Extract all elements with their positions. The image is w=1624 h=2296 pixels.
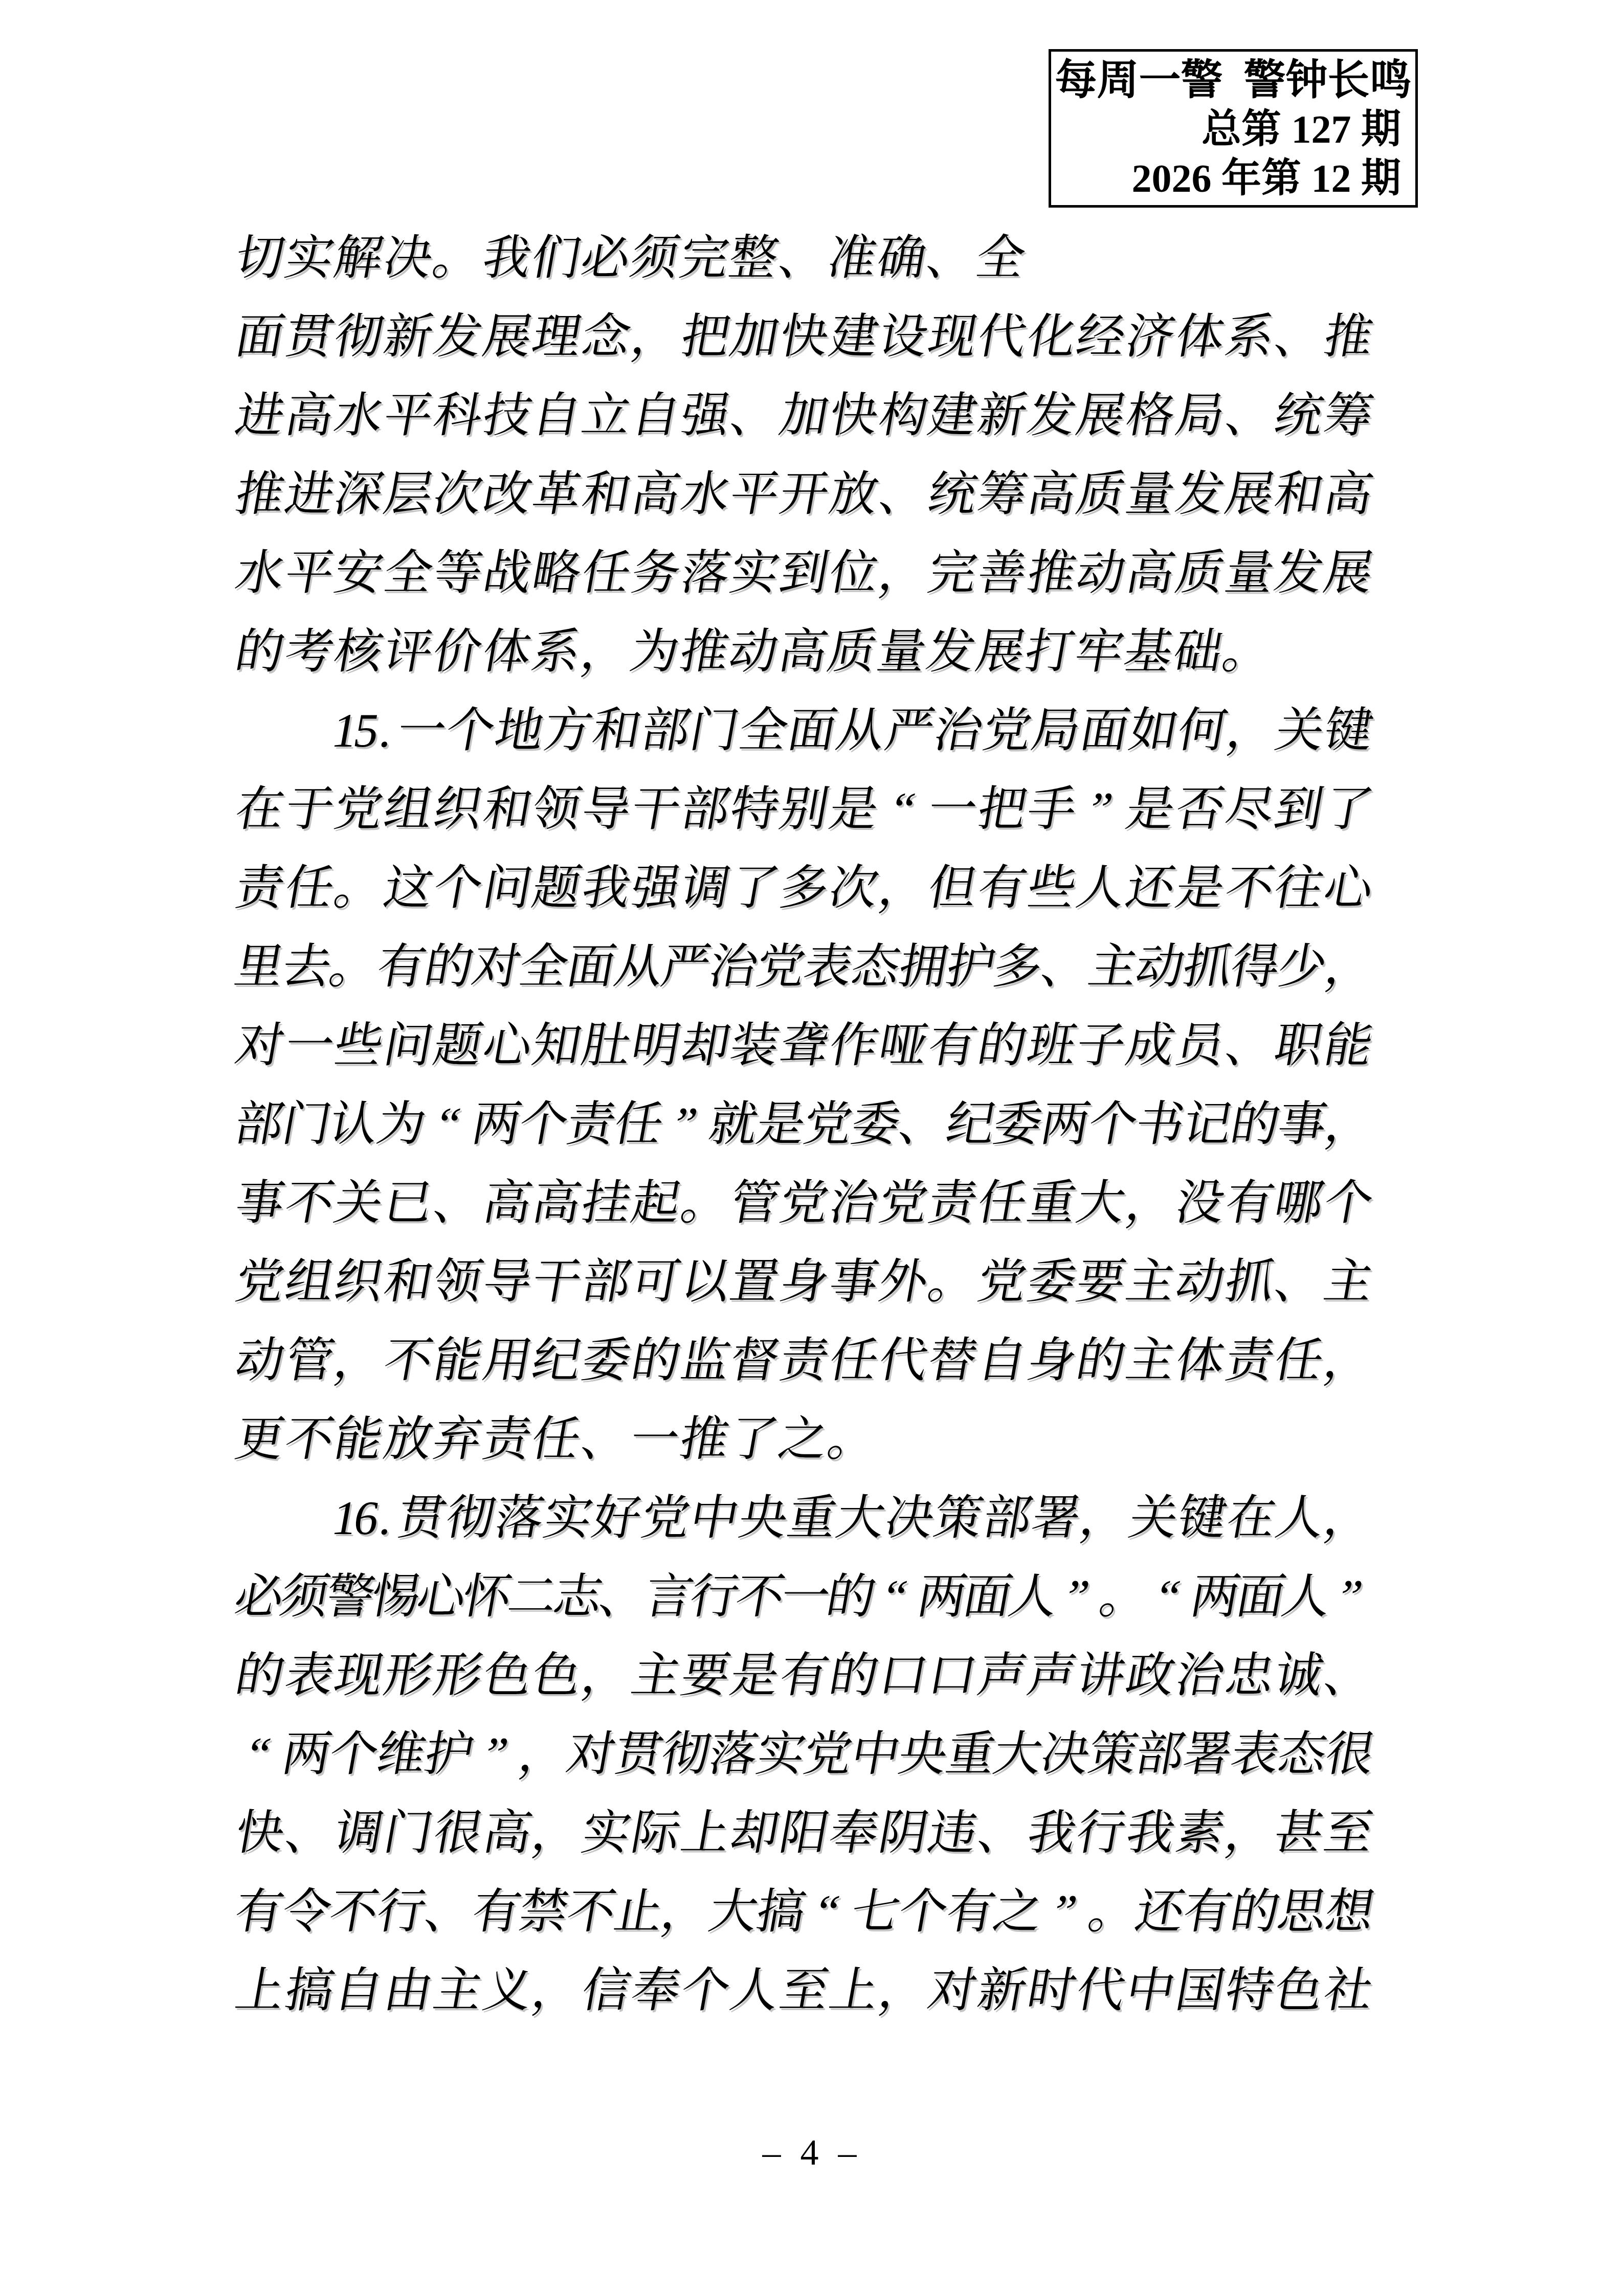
text-line: 责任。这个问题我强调了多次，但有些人还是不往心 bbox=[235, 849, 1373, 928]
header-title: 每周一警 警钟长鸣 bbox=[1051, 56, 1415, 105]
text-line: 必须警惕心怀二志、言行不一的“两面人”。“两面人” bbox=[235, 1558, 1373, 1636]
page-number: – 4 – bbox=[0, 2131, 1624, 2174]
text-line: 对一些问题心知肚明却装聋作哑有的班子成员、职能 bbox=[235, 1006, 1373, 1085]
text-line: 在于党组织和领导干部特别是“一把手”是否尽到了 bbox=[235, 770, 1373, 849]
text-line: 水平安全等战略任务落实到位，完善推动高质量发展 bbox=[235, 534, 1373, 613]
text-line: 16.贯彻落实好党中央重大决策部署，关键在人， bbox=[235, 1479, 1373, 1558]
text-line: 里去。有的对全面从严治党表态拥护多、主动抓得少， bbox=[235, 928, 1373, 1006]
text-line: 进高水平科技自立自强、加快构建新发展格局、统筹 bbox=[235, 376, 1373, 455]
text-line: 事不关已、高高挂起。管党治党责任重大，没有哪个 bbox=[235, 1164, 1373, 1243]
text-line: 党组织和领导干部可以置身事外。党委要主动抓、主 bbox=[235, 1243, 1373, 1321]
text-line: 快、调门很高，实际上却阳奉阴违、我行我素，甚至 bbox=[235, 1794, 1373, 1873]
text-line: 的表现形形色色，主要是有的口口声声讲政治忠诚、 bbox=[235, 1636, 1373, 1715]
text-line: 有令不行、有禁不止，大搞“七个有之”。还有的思想 bbox=[235, 1873, 1373, 1951]
indent-space bbox=[228, 691, 340, 770]
body-text: 切实解决。我们必须完整、准确、全面贯彻新发展理念，把加快建设现代化经济体系、推进… bbox=[235, 219, 1373, 2030]
text-line: “两个维护”，对贯彻落实党中央重大决策部署表态很 bbox=[235, 1715, 1373, 1794]
text-line: 15.一个地方和部门全面从严治党局面如何，关键 bbox=[235, 691, 1373, 770]
header-box: 每周一警 警钟长鸣 总第 127 期 2026 年第 12 期 bbox=[1049, 49, 1418, 208]
header-issue-total: 总第 127 期 bbox=[1051, 105, 1415, 154]
header-issue-year: 2026 年第 12 期 bbox=[1051, 154, 1415, 203]
text-line: 切实解决。我们必须完整、准确、全 bbox=[235, 219, 1373, 298]
text-line: 上搞自由主义，信奉个人至上，对新时代中国特色社 bbox=[235, 1951, 1373, 2030]
text-line: 推进深层次改革和高水平开放、统筹高质量发展和高 bbox=[235, 455, 1373, 534]
page: 每周一警 警钟长鸣 总第 127 期 2026 年第 12 期 切实解决。我们必… bbox=[0, 0, 1624, 2296]
text-line: 动管，不能用纪委的监督责任代替自身的主体责任， bbox=[235, 1321, 1373, 1400]
text-line: 更不能放弃责任、一推了之。 bbox=[235, 1400, 1373, 1479]
text-line: 部门认为“两个责任”就是党委、纪委两个书记的事， bbox=[235, 1085, 1373, 1164]
text-line: 面贯彻新发展理念，把加快建设现代化经济体系、推 bbox=[235, 298, 1373, 376]
text-line: 的考核评价体系，为推动高质量发展打牢基础。 bbox=[235, 613, 1373, 691]
indent-space bbox=[228, 1479, 340, 1558]
